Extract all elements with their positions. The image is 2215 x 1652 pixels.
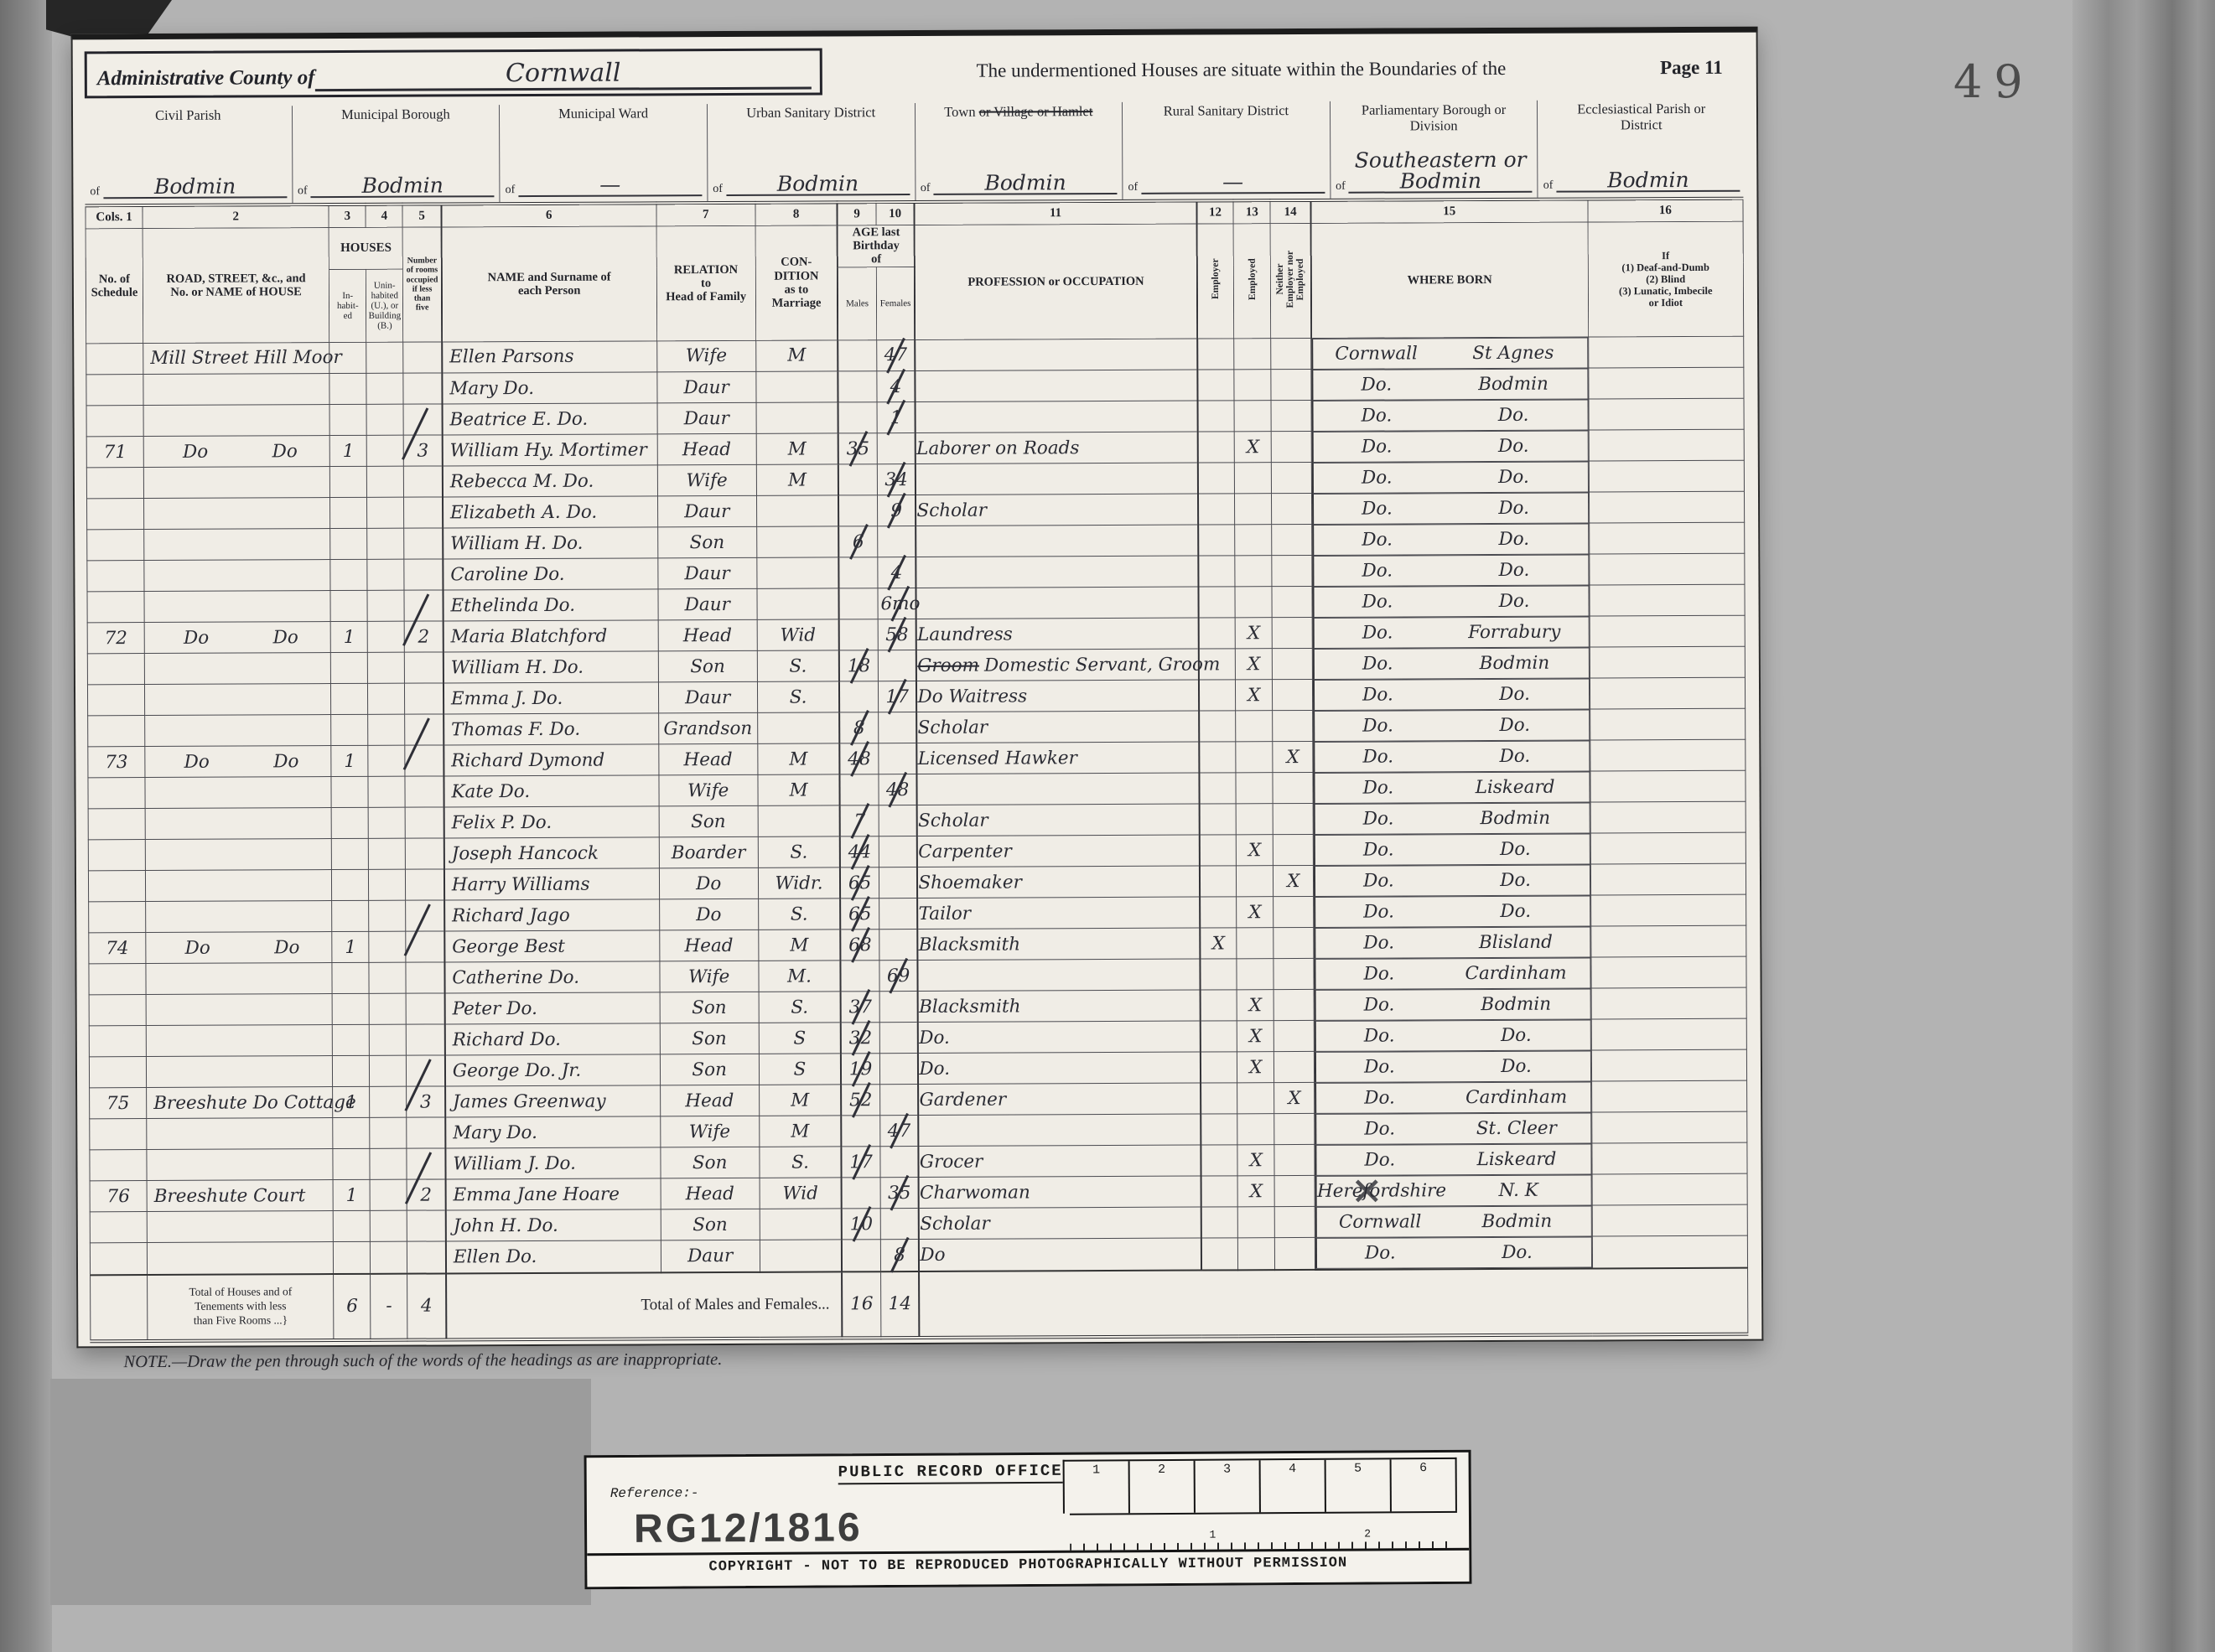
houses-inhabited: 1 <box>330 622 367 653</box>
district-cell-7: Ecclesiastical Parish or DistrictofBodmi… <box>1538 100 1745 198</box>
marriage-condition: M <box>756 464 838 495</box>
header-employer: Employer <box>1196 224 1234 339</box>
employer-mark <box>1198 494 1235 525</box>
schedule-number <box>88 809 145 840</box>
schedule-number <box>88 840 145 871</box>
header-name: NAME and Surname of each Person <box>441 226 656 342</box>
marriage-condition: M <box>758 774 840 805</box>
houses-inhabited <box>331 684 368 715</box>
employer-mark <box>1198 525 1235 556</box>
schedule-number <box>90 1150 147 1181</box>
road-street <box>147 1149 333 1181</box>
marriage-condition: Widr. <box>758 867 840 899</box>
houses-uninhabited <box>367 590 404 621</box>
infirmity <box>1591 956 1747 988</box>
district-value-line: ofSoutheastern or Bodmin <box>1336 149 1533 194</box>
road-street <box>147 1242 333 1275</box>
infirmity <box>1591 1111 1747 1143</box>
employer-mark <box>1200 1021 1237 1052</box>
relation-to-head: Son <box>660 1054 759 1086</box>
header-condition: CON- DITION as to Marriage <box>755 225 838 340</box>
age-male <box>840 774 879 805</box>
neither-mark: X <box>1273 742 1313 773</box>
marriage-condition <box>756 526 838 557</box>
houses-uninhabited <box>369 931 406 962</box>
where-born: Do.Do. <box>1315 1019 1590 1051</box>
road-street: DoDo <box>143 436 329 468</box>
header-relation: RELATION to Head of Family <box>656 225 756 340</box>
age-male <box>839 557 878 588</box>
employer-mark <box>1199 773 1236 804</box>
person-name: William J. Do. <box>445 1147 660 1179</box>
age-female <box>879 805 917 836</box>
employed-mark <box>1234 370 1271 401</box>
district-value-line: ofBodmin <box>1543 169 1740 193</box>
district-label: Municipal Borough <box>298 106 495 123</box>
marriage-condition <box>760 1240 842 1271</box>
houses-uninhabited <box>368 652 405 683</box>
district-cell-2: Municipal Wardof— <box>500 104 708 202</box>
marriage-condition: S. <box>758 836 840 867</box>
houses-inhabited <box>333 1149 370 1180</box>
totals-empty <box>919 1267 1747 1337</box>
occupation: Blacksmith <box>918 928 1200 960</box>
infirmity <box>1591 987 1747 1019</box>
col-num-1: Cols. 1 <box>86 205 143 229</box>
employed-mark <box>1235 525 1272 556</box>
header-age-group: AGE last Birthday of <box>838 225 915 267</box>
relation-to-head: Boarder <box>659 837 758 869</box>
rooms-occupied <box>405 745 444 776</box>
where-born: Do.Do. <box>1313 678 1589 710</box>
road-street <box>144 529 330 561</box>
employer-mark: X <box>1200 928 1237 959</box>
age-female: 47 <box>877 339 916 371</box>
district-value: — <box>1141 171 1325 194</box>
where-born: CornwallBodmin <box>1315 1205 1591 1237</box>
header-schedule: No. of Schedule <box>86 229 143 344</box>
district-cell-6: Parliamentary Borough or DivisionofSouth… <box>1331 101 1538 199</box>
col-num-11: 11 <box>915 201 1196 225</box>
rooms-occupied: 2 <box>404 621 443 652</box>
neither-mark <box>1272 618 1312 649</box>
employed-mark: X <box>1236 680 1273 711</box>
where-born: Do.Forrabury <box>1313 616 1589 648</box>
road-street <box>146 901 332 933</box>
marriage-condition: S <box>759 1023 841 1054</box>
road-street <box>147 1118 333 1150</box>
age-male <box>841 961 879 992</box>
age-male: 65 <box>840 899 879 930</box>
schedule-number <box>89 902 146 933</box>
occupation: Shoemaker <box>917 866 1199 898</box>
marriage-condition <box>757 712 839 743</box>
district-label: Municipal Ward <box>505 106 702 122</box>
schedule-number <box>90 1212 147 1243</box>
age-male <box>838 371 877 402</box>
employer-mark <box>1201 1176 1237 1207</box>
header-road: ROAD, STREET, &c., and No. or NAME of HO… <box>143 228 329 344</box>
age-male: 68 <box>841 930 879 961</box>
where-born: Do.Do. <box>1314 740 1590 772</box>
road-street <box>145 839 331 871</box>
district-value: Bodmin <box>103 175 287 199</box>
neither-mark <box>1272 556 1312 587</box>
occupation: Laundress <box>916 618 1198 650</box>
employer-mark <box>1201 1114 1237 1145</box>
marriage-condition <box>757 557 839 588</box>
marriage-condition: M <box>758 743 840 774</box>
marriage-condition: S. <box>757 650 839 681</box>
road-street: DoDo <box>146 932 332 964</box>
rooms-occupied <box>404 466 443 497</box>
ruler-inch-6: 6 <box>1392 1459 1455 1511</box>
road-street <box>146 994 332 1026</box>
occupation <box>916 587 1198 619</box>
infirmity <box>1592 1173 1748 1205</box>
houses-uninhabited <box>370 1086 407 1117</box>
where-born: Do.Bodmin <box>1315 988 1590 1020</box>
header-males: Males <box>838 267 876 339</box>
relation-to-head: Head <box>659 930 758 962</box>
road-street <box>146 1056 332 1088</box>
road-street <box>143 467 329 499</box>
header-infirmities: If (1) Deaf-and-Dumb (2) Blind (3) Lunat… <box>1588 221 1744 337</box>
relation-to-head: Son <box>657 527 756 559</box>
marriage-condition <box>760 1209 842 1240</box>
district-value-line: ofBodmin <box>921 172 1118 195</box>
rooms-occupied: 3 <box>407 1086 445 1117</box>
rooms-occupied <box>403 342 442 374</box>
where-born: Do.Do. <box>1312 492 1588 524</box>
relation-to-head: Wife <box>659 775 758 807</box>
relation-to-head: Head <box>658 620 757 652</box>
relation-to-head: Daur <box>657 403 756 435</box>
infirmity <box>1590 708 1746 740</box>
road-street <box>146 963 332 995</box>
houses-inhabited <box>330 560 367 591</box>
district-value-line: of— <box>506 173 703 197</box>
photo-left-edge <box>0 0 52 1652</box>
houses-uninhabited <box>367 559 404 590</box>
pro-reference-number: RG12/1816 <box>634 1504 863 1552</box>
age-female <box>880 1147 919 1178</box>
administrative-county-box: Administrative County of Cornwall <box>85 48 822 98</box>
schedule-number: 74 <box>89 933 146 964</box>
administrative-county-label: Administrative County of <box>97 66 315 92</box>
road-street <box>146 870 332 902</box>
administrative-county-value: Cornwall <box>314 58 811 92</box>
neither-mark <box>1273 990 1314 1021</box>
occupation: Carpenter <box>917 835 1199 867</box>
houses-uninhabited <box>367 528 404 559</box>
age-male: 35 <box>838 433 877 464</box>
totals-rooms: 4 <box>407 1273 446 1339</box>
infirmity <box>1590 832 1746 864</box>
table-header: Cols. 1 2 3 4 5 6 7 8 9 10 11 12 13 14 1… <box>86 199 1744 344</box>
where-born: Do.Do. <box>1314 864 1590 896</box>
employed-mark: X <box>1237 897 1273 928</box>
folio-number-stamp: 49 <box>1953 55 2035 108</box>
schedule-number <box>89 1026 146 1057</box>
employer-mark <box>1198 463 1235 494</box>
employed-mark <box>1235 494 1272 525</box>
district-of-label: of <box>1543 179 1557 193</box>
ruler-inch-2: 2 <box>1130 1461 1196 1513</box>
houses-uninhabited <box>368 776 405 807</box>
infirmity <box>1590 863 1746 895</box>
age-female <box>879 743 917 774</box>
person-name: Kate Do. <box>444 775 658 807</box>
neither-mark: X <box>1273 866 1314 897</box>
occupation: Do <box>919 1238 1201 1271</box>
totals-uninhabited: - <box>371 1273 407 1339</box>
where-born: Do.Liskeard <box>1314 771 1590 803</box>
relation-to-head: Son <box>661 1147 760 1179</box>
schedule-number <box>89 964 146 995</box>
where-born: Do.Do. <box>1312 461 1588 493</box>
relation-to-head: Wife <box>657 465 756 497</box>
houses-inhabited <box>331 777 368 808</box>
census-photograph: 49 Administrative County of Cornwall The… <box>0 0 2215 1652</box>
occupation <box>916 463 1197 495</box>
neither-mark <box>1272 463 1312 494</box>
houses-uninhabited <box>370 1024 407 1055</box>
employer-mark <box>1200 990 1237 1021</box>
employed-mark <box>1237 928 1273 959</box>
where-born: Do.Do. <box>1314 833 1590 865</box>
rooms-occupied <box>407 1210 446 1241</box>
infirmity <box>1592 1142 1748 1174</box>
person-name: Peter Do. <box>444 992 659 1024</box>
totals-houses-label: Total of Houses and of Tenements with le… <box>148 1274 335 1341</box>
pro-copyright-line: COPYRIGHT - NOT TO BE REPRODUCED PHOTOGR… <box>587 1548 1469 1587</box>
district-value-line: ofBodmin <box>90 175 287 199</box>
schedule-number <box>90 1119 147 1150</box>
houses-uninhabited <box>367 466 404 497</box>
relation-to-head: Daur <box>658 589 757 621</box>
district-cell-5: Rural Sanitary Districtof— <box>1123 101 1331 199</box>
schedule-number: 76 <box>90 1181 147 1212</box>
marriage-condition: S <box>759 1054 841 1085</box>
marriage-condition: S. <box>760 1147 842 1178</box>
houses-uninhabited <box>366 373 403 404</box>
person-name: George Do. Jr. <box>445 1054 660 1086</box>
ruler-inch-5: 5 <box>1326 1459 1392 1511</box>
marriage-condition <box>756 495 838 526</box>
occupation: Scholar <box>917 711 1199 743</box>
schedule-number: 71 <box>86 437 143 468</box>
person-name: Richard Dymond <box>444 744 658 776</box>
rooms-occupied <box>406 993 444 1024</box>
person-name: Harry Williams <box>444 868 659 900</box>
age-male: 18 <box>839 650 878 681</box>
age-male: 19 <box>841 1054 879 1085</box>
marriage-condition: M <box>755 340 838 372</box>
houses-inhabited <box>332 994 369 1025</box>
relation-to-head: Daur <box>661 1240 760 1273</box>
census-form-sheet: Administrative County of Cornwall The un… <box>71 27 1764 1349</box>
employer-mark <box>1201 1052 1237 1083</box>
houses-uninhabited <box>370 1117 407 1148</box>
neither-mark <box>1273 804 1313 835</box>
person-name: Maria Blatchford <box>444 620 658 652</box>
neither-mark <box>1274 1176 1315 1207</box>
neither-mark <box>1274 1052 1315 1083</box>
road-street <box>145 777 331 809</box>
where-born: Do.Do. <box>1313 554 1589 586</box>
road-street <box>147 1211 333 1243</box>
neither-mark <box>1272 587 1312 618</box>
infirmity <box>1588 336 1744 368</box>
district-of-label: of <box>90 185 103 199</box>
age-female: 69 <box>879 961 918 992</box>
district-value-line: ofBodmin <box>713 173 910 196</box>
age-male: 6 <box>838 526 877 557</box>
occupation: Charwoman <box>919 1176 1201 1208</box>
relation-to-head: Daur <box>657 496 756 528</box>
totals-females: 14 <box>880 1271 919 1338</box>
district-label: Rural Sanitary District <box>1128 103 1325 120</box>
district-cell-1: Municipal BoroughofBodmin <box>293 105 501 203</box>
employed-mark: X <box>1236 649 1273 680</box>
age-female <box>879 899 917 930</box>
employed-mark <box>1238 1238 1275 1270</box>
col-num-14: 14 <box>1270 200 1310 224</box>
houses-uninhabited <box>369 900 406 931</box>
ruler-inch-3: 3 <box>1196 1460 1261 1512</box>
employer-mark <box>1199 680 1236 711</box>
relation-to-head: Wife <box>660 1116 759 1148</box>
header-employed: Employed <box>1233 224 1271 339</box>
age-female: 9 <box>877 495 916 526</box>
age-female: 17 <box>878 681 916 712</box>
col-num-4: 4 <box>366 205 402 228</box>
header-houses-group: HOUSES <box>329 227 402 269</box>
employer-mark <box>1199 649 1236 680</box>
occupation <box>918 959 1200 991</box>
schedule-number <box>88 778 145 809</box>
marriage-condition <box>756 402 838 433</box>
schedule-number <box>86 375 143 406</box>
age-male: 10 <box>842 1209 880 1240</box>
age-male: 52 <box>841 1085 879 1116</box>
houses-inhabited <box>332 839 369 870</box>
marriage-condition <box>758 805 840 836</box>
marriage-condition: Wid <box>757 619 839 650</box>
age-male: 37 <box>841 992 879 1023</box>
where-born: Do.Do. <box>1315 1050 1590 1082</box>
employed-mark <box>1237 959 1273 990</box>
district-label: Urban Sanitary District <box>713 105 910 122</box>
person-name: James Greenway <box>445 1085 660 1117</box>
occupation: Do Waitress <box>916 680 1198 712</box>
schedule-number <box>87 685 144 716</box>
where-born: CornwallSt Agnes <box>1312 337 1588 369</box>
employer-mark <box>1199 711 1236 742</box>
district-of-label: of <box>506 184 519 197</box>
marriage-condition <box>757 588 839 619</box>
houses-uninhabited <box>371 1210 407 1241</box>
houses-inhabited <box>330 498 367 529</box>
age-male <box>842 1240 880 1271</box>
infirmity <box>1590 894 1746 926</box>
infirmity <box>1590 925 1746 957</box>
district-of-label: of <box>921 182 934 195</box>
road-street: DoDo <box>144 622 330 654</box>
where-born: Do.Do. <box>1315 1236 1591 1268</box>
marriage-condition: M <box>758 930 840 961</box>
person-name: Catherine Do. <box>444 961 659 993</box>
occupation <box>919 1114 1201 1146</box>
employer-mark <box>1200 959 1237 990</box>
age-female: 58 <box>878 619 916 650</box>
relation-to-head: Do <box>659 868 758 900</box>
infirmity <box>1590 646 1746 678</box>
col-num-8: 8 <box>755 202 838 225</box>
neither-mark <box>1272 525 1312 556</box>
houses-uninhabited <box>368 745 405 776</box>
person-name: Emma J. Do. <box>444 682 658 714</box>
houses-uninhabited <box>370 1055 407 1086</box>
infirmity <box>1589 367 1745 399</box>
district-value: Southeastern or Bodmin <box>1349 149 1533 194</box>
district-of-label: of <box>713 183 726 196</box>
houses-inhabited <box>331 653 368 684</box>
houses-inhabited <box>329 342 366 374</box>
occupation: Gardener <box>918 1083 1200 1115</box>
road-street <box>143 405 329 437</box>
infirmity <box>1589 491 1745 523</box>
marriage-condition: S. <box>759 992 841 1023</box>
infirmity <box>1590 584 1746 616</box>
employed-mark: X <box>1237 1052 1274 1083</box>
district-cell-3: Urban Sanitary DistrictofBodmin <box>708 103 916 201</box>
ruler-inches: 1 2 3 4 5 6 <box>1063 1458 1457 1514</box>
road-street <box>143 374 329 406</box>
relation-to-head: Head <box>658 744 757 776</box>
age-female: 8 <box>880 1240 919 1271</box>
rooms-occupied: 2 <box>407 1179 445 1210</box>
col-num-15: 15 <box>1310 199 1587 224</box>
employed-mark <box>1237 1114 1274 1145</box>
person-name: Joseph Hancock <box>444 837 659 869</box>
employer-mark <box>1199 835 1236 866</box>
marriage-condition: M <box>759 1116 841 1147</box>
age-female: 35 <box>880 1178 919 1209</box>
district-label-struck: or Village or Hamlet <box>979 103 1093 120</box>
person-name: Beatrice E. Do. <box>442 403 656 435</box>
employed-mark <box>1236 804 1273 835</box>
marriage-condition: S. <box>758 899 840 930</box>
col-num-2: 2 <box>143 205 329 228</box>
ruler-inch-4: 4 <box>1261 1460 1326 1512</box>
employer-mark <box>1201 1083 1237 1114</box>
schedule-number <box>86 343 143 375</box>
houses-uninhabited <box>369 962 406 993</box>
employed-mark: X <box>1237 835 1273 866</box>
age-male: 65 <box>840 867 879 899</box>
employer-mark <box>1201 1145 1237 1176</box>
form-footnote: NOTE.—Draw the pen through such of the w… <box>123 1345 1750 1371</box>
houses-uninhabited <box>368 714 405 745</box>
road-street: Breeshute Do Cottage <box>147 1087 333 1119</box>
age-female <box>879 992 918 1023</box>
houses-inhabited: 1 <box>333 1180 370 1211</box>
road-street <box>145 684 331 716</box>
person-name: Richard Jago <box>444 899 659 931</box>
occupation <box>916 525 1198 557</box>
